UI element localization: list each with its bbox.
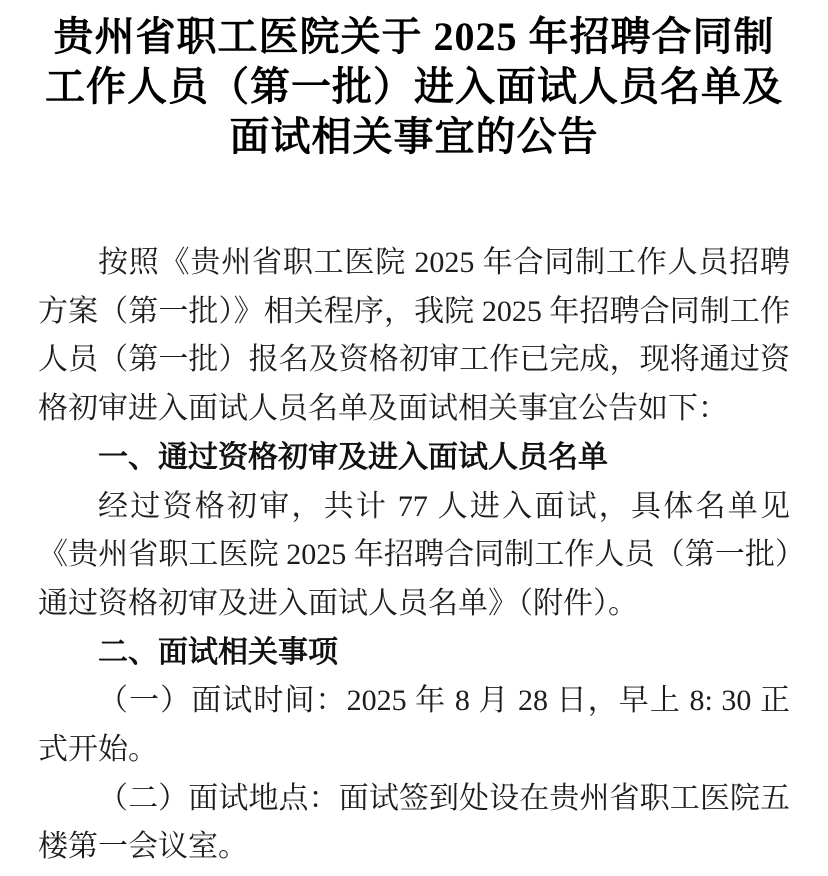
section-1-heading: 一、通过资格初审及进入面试人员名单: [38, 434, 790, 483]
document-title: 贵州省职工医院关于 2025 年招聘合同制 工作人员（第一批）进入面试人员名单及…: [0, 12, 828, 162]
section-2-heading: 二、面试相关事项: [38, 629, 790, 678]
announcement-page: 贵州省职工医院关于 2025 年招聘合同制 工作人员（第一批）进入面试人员名单及…: [0, 0, 828, 876]
title-line-2: 工作人员（第一批）进入面试人员名单及: [0, 62, 828, 112]
interview-location-item: （二）面试地点：面试签到处设在贵州省职工医院五楼第一会议室。: [38, 775, 790, 872]
section-1-paragraph: 经过资格初审，共计 77 人进入面试，具体名单见《贵州省职工医院 2025 年招…: [38, 483, 790, 629]
intro-paragraph: 按照《贵州省职工医院 2025 年合同制工作人员招聘方案（第一批）》相关程序，我…: [38, 239, 790, 434]
document-body: 按照《贵州省职工医院 2025 年合同制工作人员招聘方案（第一批）》相关程序，我…: [38, 239, 790, 872]
interview-time-item: （一）面试时间：2025 年 8 月 28 日，早上 8: 30 正式开始。: [38, 677, 790, 774]
title-line-1: 贵州省职工医院关于 2025 年招聘合同制: [0, 12, 828, 62]
title-line-3: 面试相关事宜的公告: [0, 112, 828, 162]
